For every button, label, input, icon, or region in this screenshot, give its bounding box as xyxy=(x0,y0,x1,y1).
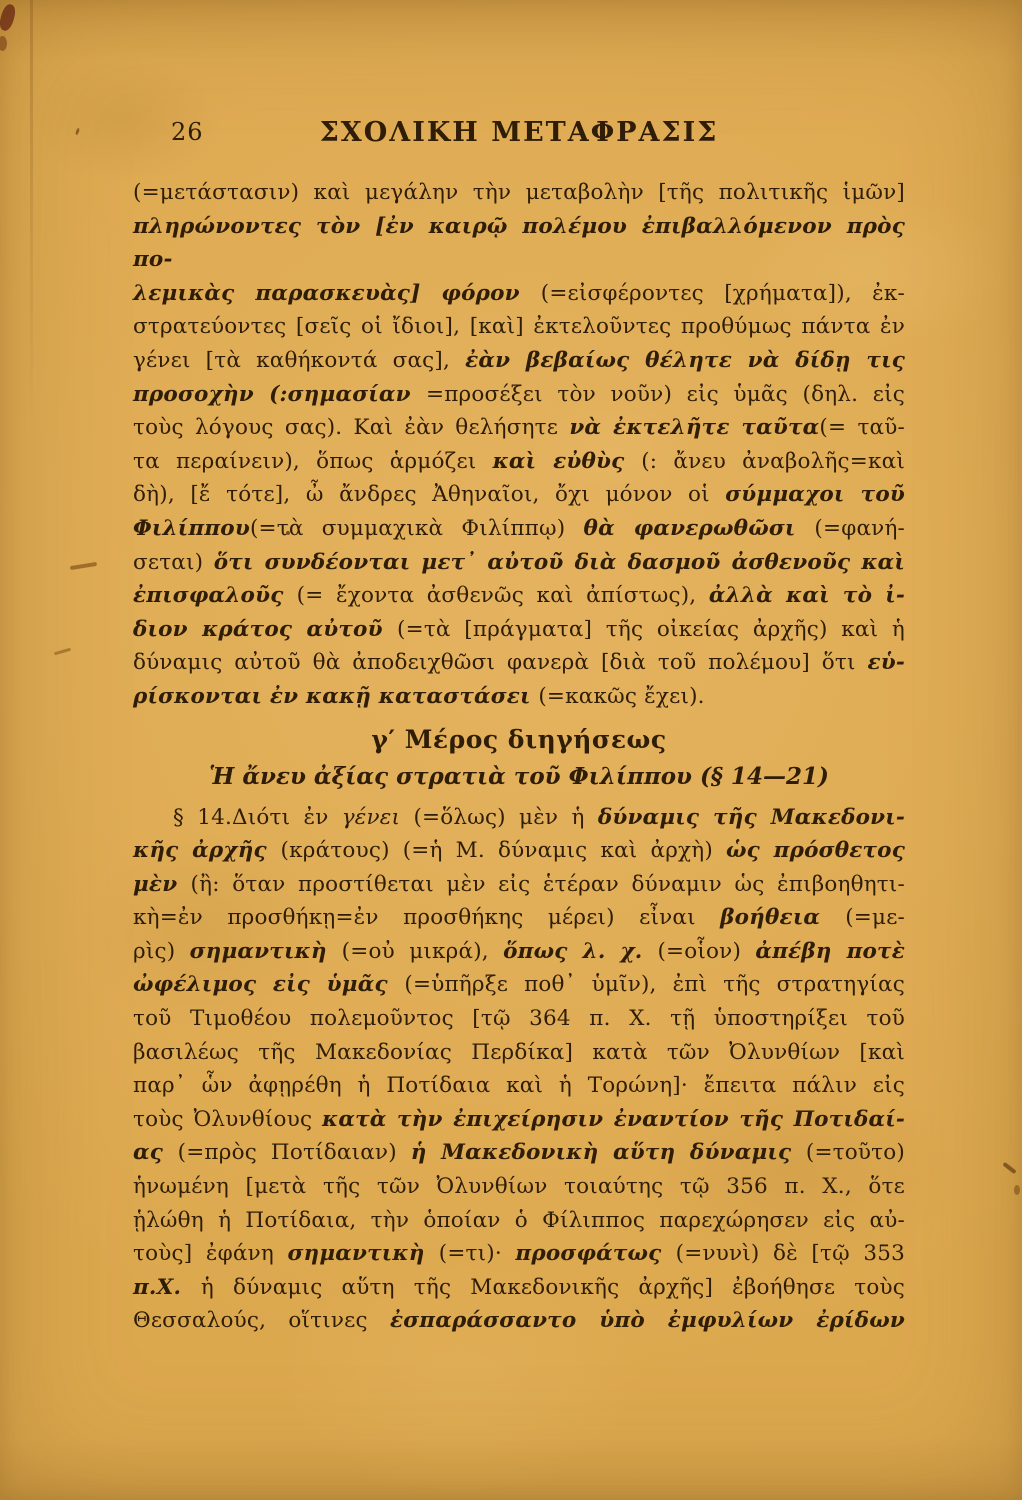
text-line: ρὶς) σημαντικὴ (=οὐ μικρά), ὅπως λ. χ. (… xyxy=(133,935,905,969)
paper-crease xyxy=(30,0,33,420)
text-segment: τοὺς Ὀλυνθίους xyxy=(133,1107,322,1132)
text-segment: δὴ), [ἔ τότε], ὦ ἄνδρες Ἀθηναῖοι, ὄχι μό… xyxy=(133,482,725,507)
text-segment: εὑ- xyxy=(867,650,905,675)
text-segment: ἀλλὰ καὶ τὸ ἰ- xyxy=(709,583,905,608)
text-segment: δύναμις τῆς Μακεδονι- xyxy=(598,805,905,830)
text-segment: ὠφέλιμος εἰς ὑμᾶς xyxy=(133,972,404,997)
text-segment: (=οἷον) xyxy=(657,939,755,964)
text-segment: (= ταῦ- xyxy=(819,415,905,440)
text-segment: (ἢ: ὅταν προστίθεται μὲν εἰς ἑτέραν δύνα… xyxy=(191,872,905,897)
text-segment: π.Χ. xyxy=(133,1275,201,1300)
ink-smudge xyxy=(1002,1162,1016,1174)
text-segment: μὲν xyxy=(133,872,191,897)
text-segment: ἐσπαράσσαντο ὑπὸ ἐμφυλίων ἐρίδων xyxy=(390,1308,905,1333)
text-segment: (=οὐ μικρά), xyxy=(342,939,503,964)
text-segment: κῆς ἀρχῆς xyxy=(133,838,281,863)
text-line: ᾑλώθη ἡ Ποτίδαια, τὴν ὁποίαν ὁ Φίλιππος … xyxy=(133,1204,905,1238)
text-segment: (=τὰ συμμαχικὰ Φιλίππῳ) xyxy=(250,516,584,541)
paragraph-section-14: § 14.Διότι ἐν γένει (=ὅλως) μὲν ἡ δύναμι… xyxy=(133,801,905,1339)
text-segment: διον κράτος αὐτοῦ xyxy=(133,617,397,642)
text-segment: κατὰ τὴν ἐπιχείρησιν ἐναντίον τῆς Ποτιδα… xyxy=(322,1107,905,1132)
text-segment: (=τοῦτο) xyxy=(806,1140,905,1165)
text-segment: (=ὅλως) μὲν ἡ xyxy=(413,805,597,830)
text-segment: Θεσσαλούς, οἵτινες xyxy=(133,1308,390,1333)
running-title: ΣΧΟΛΙΚΗ ΜΕΤΑΦΡΑΣΙΣ xyxy=(133,116,905,150)
text-segment: (=ὑπῆρξε ποθ᾽ ὑμῖν), ἐπὶ τῆς στρατηγίας xyxy=(404,972,905,997)
page-header: 26 ΣΧΟΛΙΚΗ ΜΕΤΑΦΡΑΣΙΣ xyxy=(133,116,905,156)
text-segment: γένει [τὰ καθήκοντά σας], xyxy=(133,348,465,373)
text-line: ας (=πρὸς Ποτίδαιαν) ἡ Μακεδονικὴ αὕτη δ… xyxy=(133,1136,905,1170)
ink-smudge xyxy=(0,36,7,51)
text-segment: ᾑλώθη ἡ Ποτίδαια, τὴν ὁποίαν ὁ Φίλιππος … xyxy=(133,1208,905,1233)
text-segment: (=εἰσφέροντες [χρήματα]), ἐκ- xyxy=(541,281,905,306)
page-number: 26 xyxy=(171,118,204,146)
text-segment: (κράτους) (=ἡ Μ. δύναμις καὶ ἀρχὴ) xyxy=(281,838,726,863)
text-line: βασιλέως τῆς Μακεδονίας Περδίκα] κατὰ τῶ… xyxy=(133,1036,905,1070)
text-segment: (=μετάστασιν) καὶ μεγάλην τὴν μεταβολὴν … xyxy=(133,180,905,205)
text-block: (=μετάστασιν) καὶ μεγάλην τὴν μεταβολὴν … xyxy=(133,176,905,1338)
text-segment: (=πρὸς Ποτίδαιαν) xyxy=(178,1140,411,1165)
text-line: τα περαίνειν), ὅπως ἁρμόζει καὶ εὐθὺς (:… xyxy=(133,445,905,479)
text-segment: Φιλίππου xyxy=(133,516,250,541)
ink-smudge xyxy=(0,3,17,33)
text-segment: ρίσκονται ἐν κακῇ καταστάσει xyxy=(133,684,538,709)
text-segment: στρατεύοντες [σεῖς οἱ ἴδιοι], [καὶ] ἐκτε… xyxy=(133,314,905,339)
text-line: π.Χ. ἡ δύναμις αὕτη τῆς Μακεδονικῆς ἀρχῆ… xyxy=(133,1271,905,1305)
text-segment: (=τι)· xyxy=(439,1241,516,1266)
text-line: (=μετάστασιν) καὶ μεγάλην τὴν μεταβολὴν … xyxy=(133,176,905,210)
text-segment: προσφάτως xyxy=(515,1241,675,1266)
text-line: § 14.Διότι ἐν γένει (=ὅλως) μὲν ἡ δύναμι… xyxy=(133,801,905,835)
text-segment: ἡ Μακεδονικὴ αὕτη δύναμις xyxy=(411,1140,806,1165)
text-segment: ὡς πρόσθετος xyxy=(726,838,905,863)
text-segment: βοήθεια xyxy=(720,905,845,930)
text-segment: (: ἄνευ ἀναβολῆς=καὶ xyxy=(641,449,905,474)
text-segment: =προσέξει τὸν νοῦν) εἰς ὑμᾶς (δηλ. εἰς xyxy=(426,382,905,407)
text-segment: τοῦ Τιμοθέου πολεμοῦντος [τῷ 364 π. Χ. τ… xyxy=(133,1006,905,1031)
book-page-scan: 26 ΣΧΟΛΙΚΗ ΜΕΤΑΦΡΑΣΙΣ (=μετάστασιν) καὶ … xyxy=(0,0,1022,1500)
text-segment: σύμμαχοι τοῦ xyxy=(725,482,905,507)
text-segment: νὰ ἐκτελῆτε ταῦτα xyxy=(569,415,819,440)
text-segment: θὰ φανερωθῶσι xyxy=(584,516,815,541)
text-line: γένει [τὰ καθήκοντά σας], ἐὰν βεβαίως θέ… xyxy=(133,344,905,378)
text-segment: σεται) xyxy=(133,550,214,575)
text-line: δύναμις αὐτοῦ θὰ ἀποδειχθῶσι φανερὰ [διὰ… xyxy=(133,646,905,680)
text-segment: σημαντικὴ xyxy=(287,1241,438,1266)
text-segment: λεμικὰς παρασκευὰς] φόρον xyxy=(133,281,541,306)
paper-fiber xyxy=(54,648,71,656)
text-line: τοὺς] ἐφάνη σημαντικὴ (=τι)· προσφάτως (… xyxy=(133,1237,905,1271)
text-line: λεμικὰς παρασκευὰς] φόρον (=εἰσφέροντες … xyxy=(133,277,905,311)
text-line: τοὺς λόγους σας). Καὶ ἐὰν θελήσητε νὰ ἐκ… xyxy=(133,411,905,445)
section-heading: γ′ Μέρος διηγήσεως xyxy=(133,723,905,757)
text-line: Φιλίππου(=τὰ συμμαχικὰ Φιλίππῳ) θὰ φανερ… xyxy=(133,512,905,546)
text-segment: (=φανή- xyxy=(814,516,905,541)
text-line: μὲν (ἢ: ὅταν προστίθεται μὲν εἰς ἑτέραν … xyxy=(133,868,905,902)
ink-speck xyxy=(1014,1185,1020,1195)
text-line: σεται) ὅτι συνδέονται μετ᾽ αὐτοῦ διὰ δασ… xyxy=(133,546,905,580)
text-segment: ας xyxy=(133,1140,178,1165)
text-segment: γένει xyxy=(342,805,414,830)
ink-speck xyxy=(75,128,80,136)
text-segment: πληρώνοντες τὸν [ἐν καιρῷ πολέμου ἐπιβαλ… xyxy=(133,214,905,273)
text-line: κὴ=ἐν προσθήκῃ=ἐν προσθήκης μέρει) εἶναι… xyxy=(133,901,905,935)
text-segment: τοὺς] ἐφάνη xyxy=(133,1241,287,1266)
text-segment: ἐὰν βεβαίως θέλητε νὰ δίδῃ τις xyxy=(465,348,905,373)
text-line: κῆς ἀρχῆς (κράτους) (=ἡ Μ. δύναμις καὶ ἀ… xyxy=(133,834,905,868)
text-segment: § 14.Διότι ἐν xyxy=(173,805,342,830)
text-line: ὠφέλιμος εἰς ὑμᾶς (=ὑπῆρξε ποθ᾽ ὑμῖν), ἐ… xyxy=(133,968,905,1002)
text-segment: κὴ=ἐν προσθήκῃ=ἐν προσθήκης μέρει) εἶναι xyxy=(133,905,720,930)
paper-fiber xyxy=(70,562,97,570)
text-line: δὴ), [ἔ τότε], ὦ ἄνδρες Ἀθηναῖοι, ὄχι μό… xyxy=(133,478,905,512)
text-segment: δύναμις αὐτοῦ θὰ ἀποδειχθῶσι φανερὰ [διὰ… xyxy=(133,650,867,675)
paragraph-translation-continued: (=μετάστασιν) καὶ μεγάλην τὴν μεταβολὴν … xyxy=(133,176,905,714)
text-segment: προσοχὴν (:σημασίαν xyxy=(133,382,426,407)
text-line: Θεσσαλούς, οἵτινες ἐσπαράσσαντο ὑπὸ ἐμφυ… xyxy=(133,1304,905,1338)
text-line: στρατεύοντες [σεῖς οἱ ἴδιοι], [καὶ] ἐκτε… xyxy=(133,310,905,344)
text-line: ἐπισφαλοῦς (= ἔχοντα ἀσθενῶς καὶ ἀπίστως… xyxy=(133,579,905,613)
text-line: ρίσκονται ἐν κακῇ καταστάσει (=κακῶς ἔχε… xyxy=(133,680,905,714)
text-segment: καὶ εὐθὺς xyxy=(493,449,642,474)
text-segment: τα περαίνειν), ὅπως ἁρμόζει xyxy=(133,449,493,474)
text-segment: ἐπισφαλοῦς xyxy=(133,583,297,608)
text-segment: (=τὰ [πράγματα] τῆς οἰκείας ἀρχῆς) καὶ ἡ xyxy=(397,617,905,642)
text-line: προσοχὴν (:σημασίαν =προσέξει τὸν νοῦν) … xyxy=(133,378,905,412)
text-segment: ἡ δύναμις αὕτη τῆς Μακεδονικῆς ἀρχῆς] ἐβ… xyxy=(201,1275,905,1300)
text-segment: τοὺς λόγους σας). Καὶ ἐὰν θελήσητε xyxy=(133,415,569,440)
text-segment: βασιλέως τῆς Μακεδονίας Περδίκα] κατὰ τῶ… xyxy=(133,1040,905,1065)
text-segment: ἀπέβη ποτὲ xyxy=(755,939,905,964)
text-line: πληρώνοντες τὸν [ἐν καιρῷ πολέμου ἐπιβαλ… xyxy=(133,210,905,277)
text-segment: ὅπως λ. χ. xyxy=(503,939,657,964)
text-segment: ὅτι συνδέονται μετ᾽ αὐτοῦ διὰ δασμοῦ ἀσθ… xyxy=(214,550,905,575)
text-line: διον κράτος αὐτοῦ (=τὰ [πράγματα] τῆς οἰ… xyxy=(133,613,905,647)
text-segment: (=κακῶς ἔχει). xyxy=(538,684,704,709)
section-subtitle: Ἡ ἄνευ ἀξίας στρατιὰ τοῦ Φιλίππου (§ 14—… xyxy=(133,759,905,795)
text-segment: (= ἔχοντα ἀσθενῶς καὶ ἀπίστως), xyxy=(297,583,709,608)
text-line: τοῦ Τιμοθέου πολεμοῦντος [τῷ 364 π. Χ. τ… xyxy=(133,1002,905,1036)
text-line: ἡνωμένη [μετὰ τῆς τῶν Ὀλυνθίων τοιαύτης … xyxy=(133,1170,905,1204)
text-line: παρ᾽ ὧν ἀφῃρέθη ἡ Ποτίδαια καὶ ἡ Τορώνη]… xyxy=(133,1069,905,1103)
text-segment: σημαντικὴ xyxy=(190,939,342,964)
text-segment: παρ᾽ ὧν ἀφῃρέθη ἡ Ποτίδαια καὶ ἡ Τορώνη]… xyxy=(133,1073,905,1098)
text-line: τοὺς Ὀλυνθίους κατὰ τὴν ἐπιχείρησιν ἐναν… xyxy=(133,1103,905,1137)
text-segment: ρὶς) xyxy=(133,939,190,964)
text-segment: ἡνωμένη [μετὰ τῆς τῶν Ὀλυνθίων τοιαύτης … xyxy=(133,1174,905,1199)
text-segment: (=με- xyxy=(845,905,905,930)
text-segment: (=νυνὶ) δὲ [τῷ 353 xyxy=(676,1241,905,1266)
